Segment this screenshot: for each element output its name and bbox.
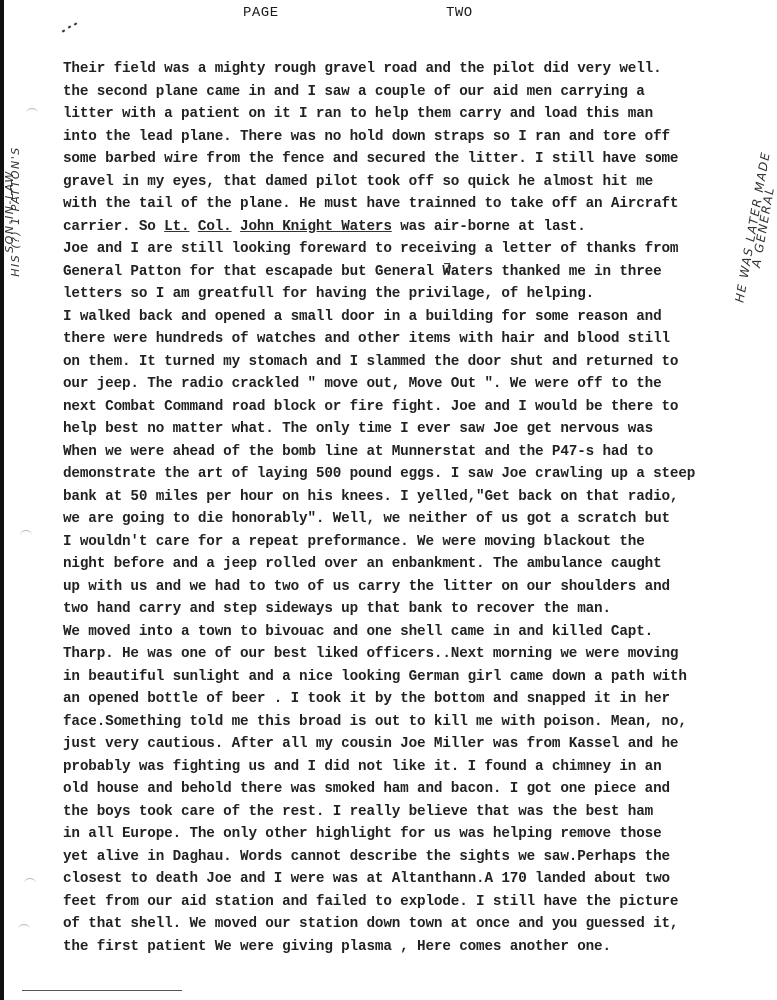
footer-rule [22,990,182,991]
text-line: help best no matter what. The only time … [63,418,763,441]
text-line: General Patton for that escapade but Gen… [63,261,763,284]
text-line: the second plane came in and I saw a cou… [63,81,763,104]
underlined-name: Lt. [164,219,189,235]
text-line: letters so I am greatfull for having the… [63,283,763,306]
page-label: PAGE [243,5,279,21]
text-line: of that shell. We moved our station down… [63,913,763,936]
text-line: We moved into a town to bivouac and one … [63,621,763,644]
text-line: two hand carry and step sideways up that… [63,598,763,621]
text-line: up with us and we had to two of us carry… [63,576,763,599]
text-line: our jeep. The radio crackled " move out,… [63,373,763,396]
text-line: old house and behold there was smoked ha… [63,778,763,801]
text-line: Joe and I are still looking foreward to … [63,238,763,261]
underlined-name: John Knight Waters [240,219,392,235]
text-line: just very cautious. After all my cousin … [63,733,763,756]
text-span: was air-borne at last. [392,219,586,235]
punch-hole-mark [18,924,30,935]
text-line: probably was fighting us and I did not l… [63,756,763,779]
handwritten-note-left-2: SON-IN-LAW [3,170,16,253]
text-line: in beautiful sunlight and a nice looking… [63,666,763,689]
page-header: PAGE TWO [0,5,777,35]
scan-left-edge [0,0,4,1000]
text-line: Tharp. He was one of our best liked offi… [63,643,763,666]
page-number: TWO [446,5,473,21]
text-line: an opened bottle of beer . I took it by … [63,688,763,711]
text-line: there were hundreds of watches and other… [63,328,763,351]
text-line: feet from our aid station and failed to … [63,891,763,914]
text-line: litter with a patient on it I ran to hel… [63,103,763,126]
text-line: in all Europe. The only other highlight … [63,823,763,846]
text-line: the boys took care of the rest. I really… [63,801,763,824]
text-line: into the lead plane. There was no hold d… [63,126,763,149]
text-span [232,219,240,235]
text-line: the first patient We were giving plasma … [63,936,763,959]
text-line: closest to death Joe and I were was at A… [63,868,763,891]
text-line: on them. It turned my stomach and I slam… [63,351,763,374]
punch-hole-mark [26,108,38,119]
text-line: we are going to die honorably". Well, we… [63,508,763,531]
text-line: night before and a jeep rolled over an e… [63,553,763,576]
text-span: carrier. So [63,219,164,235]
text-line: Their field was a mighty rough gravel ro… [63,58,763,81]
text-line: When we were ahead of the bomb line at M… [63,441,763,464]
text-line: face.Something told me this broad is out… [63,711,763,734]
text-line: some barbed wire from the fence and secu… [63,148,763,171]
text-line: demonstrate the art of laying 500 pound … [63,463,763,486]
text-line: yet alive in Daghau. Words cannot descri… [63,846,763,869]
punch-hole-mark [20,530,32,541]
underlined-name: Col. [198,219,232,235]
handwritten-correction: 7 [443,262,453,277]
text-span [189,219,197,235]
typed-body: Their field was a mighty rough gravel ro… [63,58,763,958]
text-line: gravel in my eyes, that damed pilot took… [63,171,763,194]
text-line: I wouldn't care for a repeat preformance… [63,531,763,554]
text-line: with the tail of the plane. He must have… [63,193,763,216]
text-line: next Combat Command road block or fire f… [63,396,763,419]
punch-hole-mark [24,878,36,889]
text-line: bank at 50 miles per hour on his knees. … [63,486,763,509]
text-line: I walked back and opened a small door in… [63,306,763,329]
text-line: carrier. So Lt. Col. John Knight Waters … [63,216,763,239]
